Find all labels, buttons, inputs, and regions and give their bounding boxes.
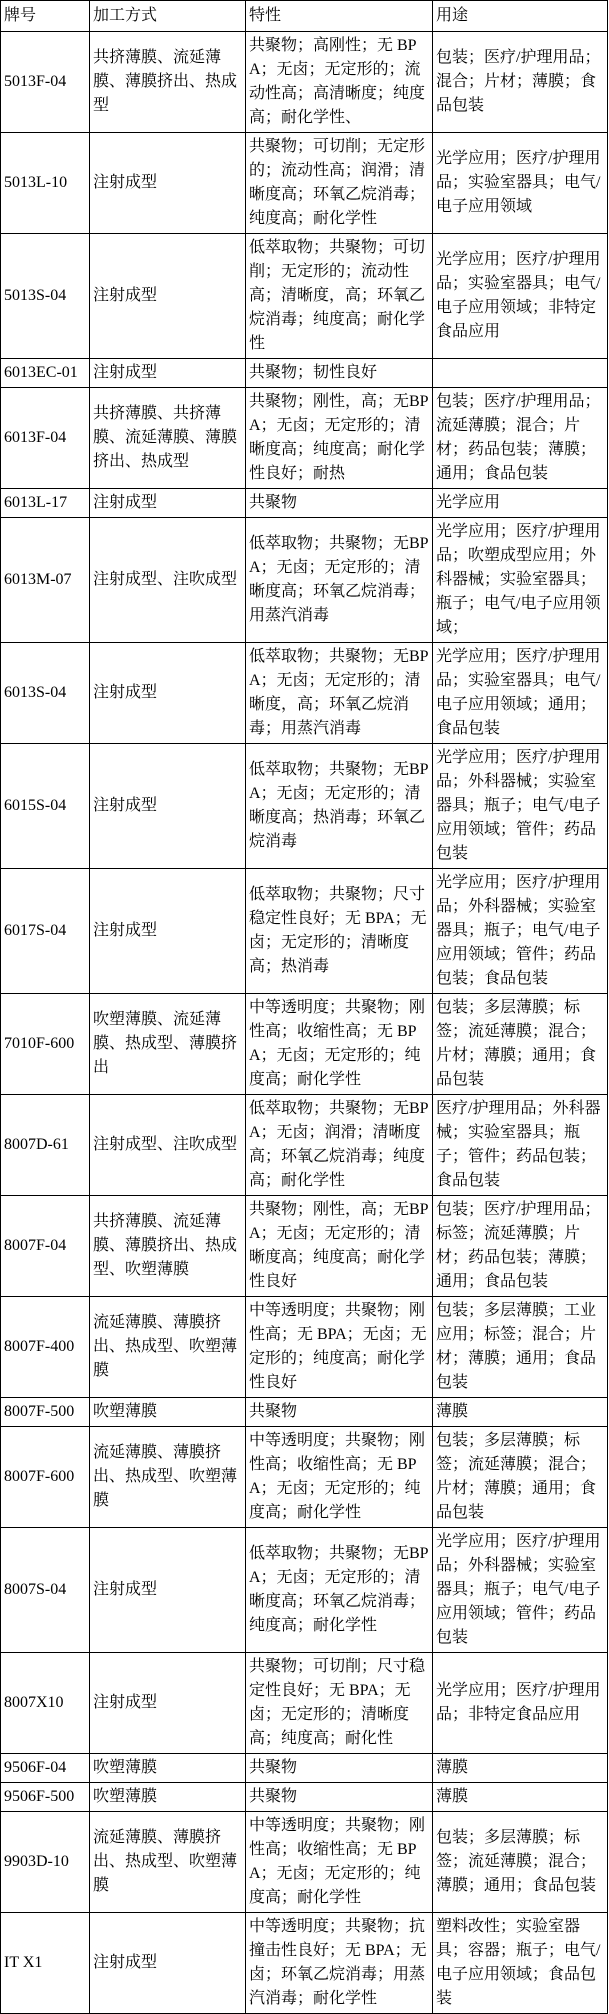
table-row: 6013M-07注射成型、注吹成型低萃取物；共聚物；无BPA；无卤；无定形的；清… [1, 518, 608, 643]
cell-grade: 7010F-600 [1, 994, 90, 1095]
cell-grade: 8007X10 [1, 1653, 90, 1754]
cell-features: 中等透明度；共聚物；刚性高；收缩性高；无 BPA；无卤；无定形的；纯度高；耐化学… [246, 1427, 433, 1528]
cell-uses: 薄膜 [433, 1754, 608, 1783]
cell-grade: 9903D-10 [1, 1812, 90, 1913]
table-row: 7010F-600吹塑薄膜、流延薄膜、热成型、薄膜挤出中等透明度；共聚物；刚性高… [1, 994, 608, 1095]
table-row: 9506F-04吹塑薄膜共聚物薄膜 [1, 1754, 608, 1783]
cell-process: 流延薄膜、薄膜挤出、热成型、吹塑薄膜 [90, 1812, 246, 1913]
cell-uses: 光学应用；医疗/护理用品；非特定食品应用 [433, 1653, 608, 1754]
cell-grade: 5013F-04 [1, 32, 90, 133]
cell-uses: 光学应用；医疗/护理用品；外科器械；实验室器具；瓶子；电气/电子应用领域；管件；… [433, 869, 608, 994]
cell-features: 中等透明度；共聚物；刚性高；收缩性高；无 BPA；无卤；无定形的；纯度高；耐化学… [246, 994, 433, 1095]
cell-process: 注射成型 [90, 744, 246, 869]
cell-uses: 光学应用；医疗/护理用品；外科器械；实验室器具；瓶子；电气/电子应用领域；管件；… [433, 1528, 608, 1653]
cell-process: 吹塑薄膜、流延薄膜、热成型、薄膜挤出 [90, 994, 246, 1095]
header-row: 牌号加工方式特性用途 [1, 1, 608, 32]
cell-process: 吹塑薄膜 [90, 1783, 246, 1812]
cell-uses: 包装；多层薄膜；工业应用；标签；混合；片材；薄膜；通用；食品包装 [433, 1297, 608, 1398]
table-row: 9506F-500吹塑薄膜共聚物薄膜 [1, 1783, 608, 1812]
cell-features: 中等透明度；共聚物；刚性高；收缩性高；无 BPA；无卤；无定形的；纯度高；耐化学… [246, 1812, 433, 1913]
cell-features: 共聚物 [246, 1754, 433, 1783]
cell-process: 注射成型 [90, 1528, 246, 1653]
cell-features: 共聚物；韧性良好 [246, 359, 433, 388]
cell-process: 注射成型 [90, 869, 246, 994]
cell-grade: 9506F-04 [1, 1754, 90, 1783]
cell-uses [433, 359, 608, 388]
cell-features: 共聚物 [246, 489, 433, 518]
cell-features: 低萃取物；共聚物；无BPA；无卤；无定形的；清晰度高；环氧乙烷消毒；用蒸汽消毒 [246, 518, 433, 643]
cell-process: 吹塑薄膜 [90, 1754, 246, 1783]
cell-features: 共聚物；可切削；无定形的；流动性高；润滑；清晰度高；环氧乙烷消毒；纯度高；耐化学… [246, 133, 433, 234]
cell-features: 中等透明度；共聚物；刚性高；无 BPA；无卤；无定形的；纯度高；耐化学性良好 [246, 1297, 433, 1398]
table-row: 8007F-500吹塑薄膜共聚物薄膜 [1, 1398, 608, 1427]
table-row: 9903D-10流延薄膜、薄膜挤出、热成型、吹塑薄膜中等透明度；共聚物；刚性高；… [1, 1812, 608, 1913]
cell-features: 低萃取物；共聚物；可切削；无定形的；流动性高；清晰度，高；环氧乙烷消毒；纯度高；… [246, 234, 433, 359]
cell-process: 注射成型 [90, 359, 246, 388]
cell-features: 中等透明度；共聚物；抗撞击性良好；无 BPA；无卤；环氧乙烷消毒；用蒸汽消毒；耐… [246, 1913, 433, 2014]
table-row: 6013S-04注射成型低萃取物；共聚物；无BPA；无卤；无定形的；清晰度，高；… [1, 643, 608, 744]
cell-features: 低萃取物；共聚物；尺寸稳定性良好；无 BPA；无卤；无定形的；清晰度高；热消毒 [246, 869, 433, 994]
product-grade-table: 牌号加工方式特性用途 5013F-04共挤薄膜、流延薄膜、薄膜挤出、热成型共聚物… [0, 0, 608, 2014]
cell-process: 注射成型 [90, 643, 246, 744]
cell-features: 低萃取物；共聚物；无BPA；无卤；润滑；清晰度高；环氧乙烷消毒；纯度高；耐化学性 [246, 1095, 433, 1196]
cell-grade: 6013M-07 [1, 518, 90, 643]
cell-process: 注射成型 [90, 234, 246, 359]
cell-features: 低萃取物；共聚物；无BPA；无卤；无定形的；清晰度，高；环氧乙烷消毒；用蒸汽消毒 [246, 643, 433, 744]
table-row: 6015S-04注射成型低萃取物；共聚物；无BPA；无卤；无定形的；清晰度高；热… [1, 744, 608, 869]
cell-features: 低萃取物；共聚物；无BPA；无卤；无定形的；清晰度高；热消毒；环氧乙烷消毒 [246, 744, 433, 869]
cell-grade: 6017S-04 [1, 869, 90, 994]
cell-process: 共挤薄膜、流延薄膜、薄膜挤出、热成型 [90, 32, 246, 133]
cell-uses: 薄膜 [433, 1398, 608, 1427]
table-row: 5013S-04注射成型低萃取物；共聚物；可切削；无定形的；流动性高；清晰度，高… [1, 234, 608, 359]
cell-grade: 6013L-17 [1, 489, 90, 518]
cell-grade: 6013S-04 [1, 643, 90, 744]
table-row: 6017S-04注射成型低萃取物；共聚物；尺寸稳定性良好；无 BPA；无卤；无定… [1, 869, 608, 994]
cell-features: 共聚物；刚性，高；无BPA；无卤；无定形的；清晰度高；纯度高；耐化学性良好；耐热 [246, 388, 433, 489]
cell-features: 共聚物 [246, 1398, 433, 1427]
cell-features: 低萃取物；共聚物；无BPA；无卤；无定形的；清晰度高；环氧乙烷消毒；纯度高；耐化… [246, 1528, 433, 1653]
column-header-features: 特性 [246, 1, 433, 32]
cell-grade: 5013S-04 [1, 234, 90, 359]
cell-features: 共聚物；可切削；尺寸稳定性良好；无 BPA；无卤；无定形的；清晰度高；纯度高；耐… [246, 1653, 433, 1754]
cell-process: 注射成型 [90, 1913, 246, 2014]
cell-grade: 8007F-04 [1, 1196, 90, 1297]
cell-process: 共挤薄膜、流延薄膜、薄膜挤出、热成型、吹塑薄膜 [90, 1196, 246, 1297]
cell-features: 共聚物；高刚性；无 BPA；无卤；无定形的；流动性高；高清晰度；纯度高；耐化学性… [246, 32, 433, 133]
cell-grade: 9506F-500 [1, 1783, 90, 1812]
cell-uses: 包装；多层薄膜；标签；流延薄膜；混合；薄膜；通用；食品包装 [433, 1812, 608, 1913]
table-row: 5013L-10注射成型共聚物；可切削；无定形的；流动性高；润滑；清晰度高；环氧… [1, 133, 608, 234]
table-row: 8007S-04注射成型低萃取物；共聚物；无BPA；无卤；无定形的；清晰度高；环… [1, 1528, 608, 1653]
table-row: 8007F-400流延薄膜、薄膜挤出、热成型、吹塑薄膜中等透明度；共聚物；刚性高… [1, 1297, 608, 1398]
cell-features: 共聚物；刚性，高；无BPA；无卤；无定形的；清晰度高；纯度高；耐化学性良好 [246, 1196, 433, 1297]
cell-grade: 6013F-04 [1, 388, 90, 489]
cell-uses: 光学应用；医疗/护理用品；外科器械；实验室器具；瓶子；电气/电子应用领域；管件；… [433, 744, 608, 869]
cell-process: 流延薄膜、薄膜挤出、热成型、吹塑薄膜 [90, 1297, 246, 1398]
cell-uses: 包装；医疗/护理用品；混合；片材；薄膜；食品包装 [433, 32, 608, 133]
column-header-uses: 用途 [433, 1, 608, 32]
cell-grade: IT X1 [1, 1913, 90, 2014]
cell-process: 注射成型、注吹成型 [90, 518, 246, 643]
cell-grade: 5013L-10 [1, 133, 90, 234]
cell-uses: 塑料改性；实验室器具；容器；瓶子；电气/电子应用领域；食品包装 [433, 1913, 608, 2014]
cell-features: 共聚物 [246, 1783, 433, 1812]
table-row: 8007D-61注射成型、注吹成型低萃取物；共聚物；无BPA；无卤；润滑；清晰度… [1, 1095, 608, 1196]
cell-uses: 光学应用；医疗/护理用品；实验室器具；电气/电子应用领域 [433, 133, 608, 234]
table-row: 8007X10注射成型共聚物；可切削；尺寸稳定性良好；无 BPA；无卤；无定形的… [1, 1653, 608, 1754]
cell-grade: 8007D-61 [1, 1095, 90, 1196]
cell-process: 注射成型 [90, 133, 246, 234]
cell-process: 注射成型 [90, 489, 246, 518]
cell-uses: 包装；多层薄膜；标签；流延薄膜；混合；片材；薄膜；通用；食品包装 [433, 994, 608, 1095]
table-row: 8007F-600流延薄膜、薄膜挤出、热成型、吹塑薄膜中等透明度；共聚物；刚性高… [1, 1427, 608, 1528]
cell-grade: 8007F-400 [1, 1297, 90, 1398]
cell-process: 注射成型 [90, 1653, 246, 1754]
cell-process: 注射成型、注吹成型 [90, 1095, 246, 1196]
table-row: IT X1注射成型中等透明度；共聚物；抗撞击性良好；无 BPA；无卤；环氧乙烷消… [1, 1913, 608, 2014]
cell-uses: 光学应用；医疗/护理用品；吹塑成型应用；外科器械；实验室器具；瓶子；电气/电子应… [433, 518, 608, 643]
cell-uses: 光学应用；医疗/护理用品；实验室器具；电气/电子应用领域；非特定食品应用 [433, 234, 608, 359]
page: 牌号加工方式特性用途 5013F-04共挤薄膜、流延薄膜、薄膜挤出、热成型共聚物… [0, 0, 609, 2014]
cell-uses: 光学应用 [433, 489, 608, 518]
cell-process: 流延薄膜、薄膜挤出、热成型、吹塑薄膜 [90, 1427, 246, 1528]
table-row: 6013L-17注射成型共聚物光学应用 [1, 489, 608, 518]
table-row: 6013EC-01注射成型共聚物；韧性良好 [1, 359, 608, 388]
cell-grade: 6015S-04 [1, 744, 90, 869]
table-row: 6013F-04共挤薄膜、共挤薄膜、流延薄膜、薄膜挤出、热成型共聚物；刚性，高；… [1, 388, 608, 489]
cell-uses: 医疗/护理用品；外科器械；实验室器具；瓶子；管件；药品包装；食品包装 [433, 1095, 608, 1196]
column-header-grade: 牌号 [1, 1, 90, 32]
cell-grade: 8007S-04 [1, 1528, 90, 1653]
cell-uses: 光学应用；医疗/护理用品；实验室器具；电气/电子应用领域；通用；食品包装 [433, 643, 608, 744]
cell-process: 共挤薄膜、共挤薄膜、流延薄膜、薄膜挤出、热成型 [90, 388, 246, 489]
cell-uses: 包装；医疗/护理用品；标签；流延薄膜；片材；药品包装；薄膜；通用；食品包装 [433, 1196, 608, 1297]
cell-grade: 6013EC-01 [1, 359, 90, 388]
table-row: 8007F-04共挤薄膜、流延薄膜、薄膜挤出、热成型、吹塑薄膜共聚物；刚性，高；… [1, 1196, 608, 1297]
table-row: 5013F-04共挤薄膜、流延薄膜、薄膜挤出、热成型共聚物；高刚性；无 BPA；… [1, 32, 608, 133]
cell-uses: 薄膜 [433, 1783, 608, 1812]
cell-uses: 包装；医疗/护理用品；流延薄膜；混合；片材；药品包装；薄膜；通用；食品包装 [433, 388, 608, 489]
cell-process: 吹塑薄膜 [90, 1398, 246, 1427]
cell-uses: 包装；多层薄膜；标签；流延薄膜；混合；片材；薄膜；通用；食品包装 [433, 1427, 608, 1528]
column-header-process: 加工方式 [90, 1, 246, 32]
cell-grade: 8007F-600 [1, 1427, 90, 1528]
cell-grade: 8007F-500 [1, 1398, 90, 1427]
